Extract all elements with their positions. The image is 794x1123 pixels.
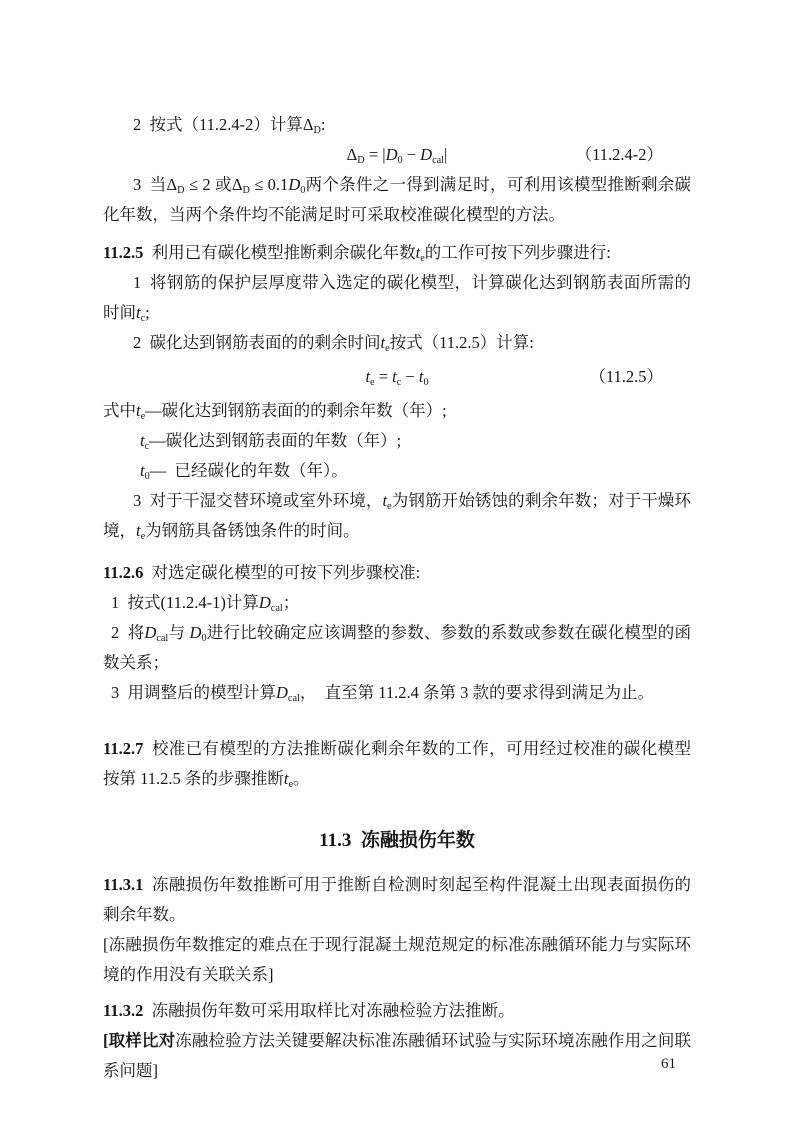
text-run: 11.3.1	[103, 875, 143, 894]
text-run: 式中	[103, 401, 136, 420]
text-run: =	[375, 367, 393, 386]
text-run: 冻融检验方法关键要解决标准冻融循环试验与实际环境冻融作用之间联系问题]	[103, 1031, 691, 1080]
formula-expression: ΔD = |D0 − Dcal|	[347, 145, 448, 164]
text-run: 冻融损伤年数可采用取样比对冻融检验方法推断。	[143, 1001, 514, 1020]
formula: ΔD = |D0 − Dcal|（11.2.4-2）	[103, 140, 691, 170]
text-run: ≤ 0.1	[250, 175, 288, 194]
text-run: 为钢筋具备锈蚀条件的时间。	[145, 521, 360, 540]
subscript-text: cal	[156, 633, 168, 644]
clause-11-3-1: 11.3.1 冻融损伤年数推断可用于推断自检测时刻起至构件混凝土出现表面损伤的剩…	[103, 870, 691, 930]
text-run: — 已经碳化的年数（年）。	[150, 461, 348, 480]
text-run: D	[259, 593, 271, 612]
text-run: 3 用调整后的模型计算	[111, 683, 276, 702]
step-1-cover-depth: 1 将钢筋的保护层厚度带入选定的碳化模型，计算碳化达到钢筋表面所需的时间tc;	[103, 268, 691, 328]
subscript-text: cal	[432, 155, 444, 166]
text-run: [取样比对	[103, 1031, 175, 1050]
text-run: Δ	[347, 145, 358, 164]
text-run: 。	[293, 769, 310, 788]
text-run: 11.2.5	[103, 243, 143, 262]
text-run: D	[386, 145, 398, 164]
text-run: −	[403, 145, 421, 164]
clause-11-2-5: 11.2.5 利用已有碳化模型推断剩余碳化年数te的工作可按下列步骤进行:	[103, 238, 691, 268]
text-run: 2 将	[111, 623, 144, 642]
subscript-text: 0	[423, 377, 428, 388]
step-2-remaining-time: 2 碳化达到钢筋表面的的剩余时间te按式（11.2.5）计算:	[103, 328, 691, 358]
text-run: :	[321, 115, 326, 134]
equation-number: （11.2.4-2）	[576, 140, 663, 170]
text-run: D	[288, 175, 300, 194]
text-run: Δ	[232, 175, 243, 194]
item-3-conditions: 3 当ΔD ≤ 2 或ΔD ≤ 0.1D0两个条件之一得到满足时，可利用该模型推…	[103, 170, 691, 230]
text-run: 的工作可按下列步骤进行:	[425, 243, 611, 262]
clause-11-3-2: 11.3.2 冻融损伤年数可采用取样比对冻融检验方法推断。	[103, 996, 691, 1026]
subscript-text: D	[242, 185, 249, 196]
commentary-11-3-1: [冻融损伤年数推定的难点在于现行混凝土规范规定的标准冻融循环能力与实际环境的作用…	[103, 930, 691, 990]
where-tc-definition: tc—碳化达到钢筋表面的年数（年）;	[103, 426, 691, 456]
text-run: −	[401, 367, 419, 386]
text-run: [冻融损伤年数推定的难点在于现行混凝土规范规定的标准冻融循环能力与实际环境的作用…	[103, 935, 691, 984]
subscript-text: D	[177, 185, 184, 196]
clause-11-2-6: 11.2.6 对选定碳化模型的可按下列步骤校准:	[103, 558, 691, 588]
page-number: 61	[661, 1056, 676, 1073]
text-run: 按式（11.2.5）计算:	[390, 333, 534, 352]
section-11-3-heading: 11.3 冻融损伤年数	[103, 826, 691, 856]
text-run: 1 按式(11.2.4-1)计算	[111, 593, 259, 612]
text-run: 对选定碳化模型的可按下列步骤校准:	[143, 563, 420, 582]
text-run: 利用已有碳化模型推断剩余碳化年数	[143, 243, 415, 262]
text-run: D	[144, 623, 156, 642]
formula-expression: te = tc − t0	[365, 367, 428, 386]
text-run: —碳化达到钢筋表面的年数（年）;	[149, 431, 401, 450]
document-body: 2 按式（11.2.4-2）计算ΔD:ΔD = |D0 − Dcal|（11.2…	[103, 110, 691, 1086]
step-3-environments: 3 对于干湿交替环境或室外环境，te为钢筋开始锈蚀的剩余年数；对于干燥环境，te…	[103, 486, 691, 546]
where-t0-definition: t0— 已经碳化的年数（年）。	[103, 456, 691, 486]
text-run: ≤ 2 或	[185, 175, 232, 194]
clause-11-2-7: 11.2.7 校准已有模型的方法推断碳化剩余年数的工作，可用经过校准的碳化模型按…	[103, 734, 691, 794]
text-run: Δ	[303, 115, 314, 134]
text-run: —碳化达到钢筋表面的的剩余年数（年）;	[145, 401, 447, 420]
text-run: 11.3 冻融损伤年数	[319, 830, 475, 851]
text-run: =	[365, 145, 383, 164]
text-run: ， 直至第 11.2.4 条第 3 款的要求得到满足为止。	[300, 683, 654, 702]
text-run: 11.3.2	[103, 1001, 143, 1020]
text-run: ；	[283, 593, 300, 612]
item-2-calc-delta: 2 按式（11.2.4-2）计算ΔD:	[103, 110, 691, 140]
text-run: 与	[168, 623, 189, 642]
text-run: 校准已有模型的方法推断碳化剩余年数的工作，可用经过校准的碳化模型按第 11.2.…	[103, 739, 691, 788]
subscript-text: cal	[271, 603, 283, 614]
text-run: |	[444, 145, 447, 164]
text-run: D	[276, 683, 288, 702]
subscript-text: D	[314, 125, 321, 136]
calib-step-3: 3 用调整后的模型计算Dcal， 直至第 11.2.4 条第 3 款的要求得到满…	[103, 678, 691, 708]
equation-number: （11.2.5）	[589, 362, 663, 392]
text-run: 3 当	[133, 175, 167, 194]
formula: te = tc − t0（11.2.5）	[103, 362, 691, 392]
text-run: 2 按式（11.2.4-2）计算	[133, 115, 303, 134]
where-te-definition: 式中te—碳化达到钢筋表面的的剩余年数（年）;	[103, 396, 691, 426]
text-run: 11.2.7	[103, 739, 143, 758]
text-run: 11.2.6	[103, 563, 143, 582]
text-run: Δ	[167, 175, 178, 194]
text-run: ;	[145, 303, 150, 322]
text-run: 1 将钢筋的保护层厚度带入选定的碳化模型，计算碳化达到钢筋表面所需的时间	[103, 273, 691, 322]
text-run: 冻融损伤年数推断可用于推断自检测时刻起至构件混凝土出现表面损伤的剩余年数。	[103, 875, 691, 924]
text-run: 2 碳化达到钢筋表面的的剩余时间	[133, 333, 381, 352]
document-page: 2 按式（11.2.4-2）计算ΔD:ΔD = |D0 − Dcal|（11.2…	[0, 0, 794, 1123]
calib-step-1: 1 按式(11.2.4-1)计算Dcal；	[103, 588, 691, 618]
text-run: D	[190, 623, 202, 642]
text-run: D	[420, 145, 432, 164]
commentary-11-3-2: [取样比对冻融检验方法关键要解决标准冻融循环试验与实际环境冻融作用之间联系问题]	[103, 1026, 691, 1086]
subscript-text: cal	[288, 693, 300, 704]
text-run: 3 对于干湿交替环境或室外环境，	[133, 491, 382, 510]
subscript-text: D	[357, 155, 364, 166]
calib-step-2: 2 将Dcal与 D0进行比较确定应该调整的参数、参数的系数或参数在碳化模型的函…	[103, 618, 691, 678]
